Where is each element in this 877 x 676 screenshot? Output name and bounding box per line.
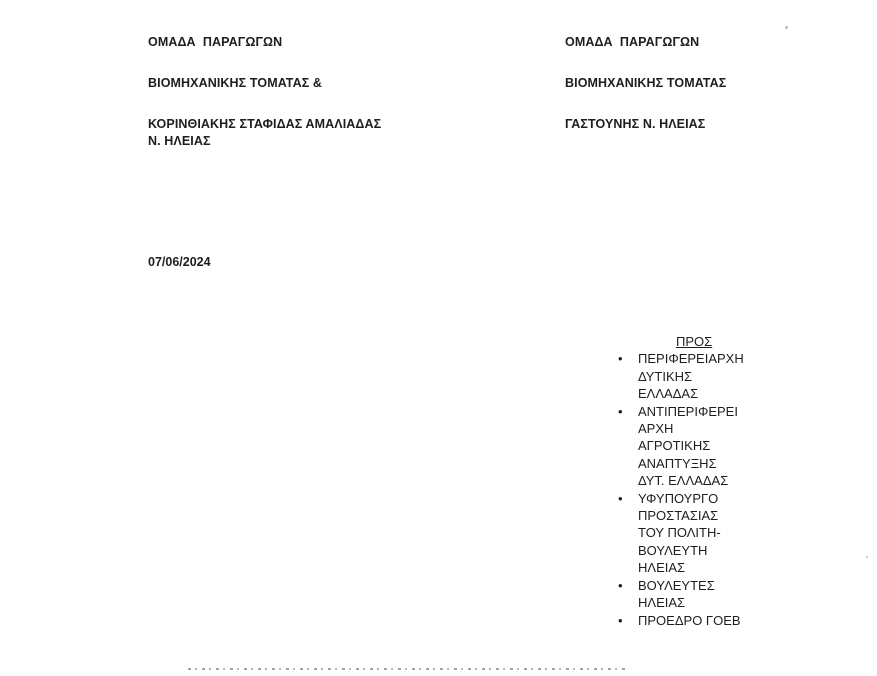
recipient-line: ΠΡΟΣΤΑΣΙΑΣ xyxy=(638,507,778,524)
recipients-block: ΠΡΟΣ •ΠΕΡΙΦΕΡΕΙΑΡΧΗΔΥΤΙΚΗΣΕΛΛΑΔΑΣ•ΑΝΤΙΠΕ… xyxy=(618,333,778,629)
recipient-line: ΑΡΧΗ xyxy=(638,420,778,437)
recipient-line: ΒΟΥΛΕΥΤΗ xyxy=(638,542,778,559)
bullet-icon: • xyxy=(618,612,623,629)
document-date: 07/06/2024 xyxy=(148,255,211,269)
sender-left-line: ΒΙΟΜΗΧΑΝΙΚΗΣ ΤΟΜΑΤΑΣ & xyxy=(148,76,322,90)
recipient-list: •ΠΕΡΙΦΕΡΕΙΑΡΧΗΔΥΤΙΚΗΣΕΛΛΑΔΑΣ•ΑΝΤΙΠΕΡΙΦΕΡ… xyxy=(618,350,778,629)
recipient-line: ΠΕΡΙΦΕΡΕΙΑΡΧΗ xyxy=(638,350,778,367)
recipient-item: •ΥΦΥΠΟΥΡΓΟΠΡΟΣΤΑΣΙΑΣΤΟΥ ΠΟΛΙΤΗ-ΒΟΥΛΕΥΤΗΗ… xyxy=(618,490,778,577)
recipient-item: •ΑΝΤΙΠΕΡΙΦΕΡΕΙΑΡΧΗΑΓΡΟΤΙΚΗΣΑΝΑΠΤΥΞΗΣΔΥΤ.… xyxy=(618,403,778,490)
bullet-icon: • xyxy=(618,350,623,367)
sender-left-line: Ν. ΗΛΕΙΑΣ xyxy=(148,134,211,148)
recipient-line: ΗΛΕΙΑΣ xyxy=(638,559,778,576)
recipient-item: •ΒΟΥΛΕΥΤΕΣΗΛΕΙΑΣ xyxy=(618,577,778,612)
recipient-line: ΥΦΥΠΟΥΡΓΟ xyxy=(638,490,778,507)
recipient-line: ΔΥΤ. ΕΛΛΑΔΑΣ xyxy=(638,472,778,489)
bullet-icon: • xyxy=(618,577,623,594)
recipient-line: ΑΓΡΟΤΙΚΗΣ xyxy=(638,437,778,454)
bullet-icon: • xyxy=(618,490,623,507)
recipients-title: ΠΡΟΣ xyxy=(676,333,778,350)
recipient-line: ΕΛΛΑΔΑΣ xyxy=(638,385,778,402)
recipient-line: ΠΡΟΕΔΡΟ ΓΟΕΒ xyxy=(638,612,778,629)
recipient-line: ΒΟΥΛΕΥΤΕΣ xyxy=(638,577,778,594)
recipient-item: •ΠΡΟΕΔΡΟ ΓΟΕΒ xyxy=(618,612,778,629)
sender-right-line: ΟΜΑΔΑ ΠΑΡΑΓΩΓΩΝ xyxy=(565,35,699,49)
scan-speck xyxy=(866,556,868,558)
body-text-cutoff xyxy=(188,668,628,676)
recipient-line: ΔΥΤΙΚΗΣ xyxy=(638,368,778,385)
cropped-text-line xyxy=(188,668,628,670)
sender-right-line: ΓΑΣΤΟΥΝΗΣ Ν. ΗΛΕΙΑΣ xyxy=(565,117,705,131)
recipient-line: ΑΝΤΙΠΕΡΙΦΕΡΕΙ xyxy=(638,403,778,420)
recipient-line: ΤΟΥ ΠΟΛΙΤΗ- xyxy=(638,524,778,541)
recipient-line: ΑΝΑΠΤΥΞΗΣ xyxy=(638,455,778,472)
document-page: ΟΜΑΔΑ ΠΑΡΑΓΩΓΩΝ ΒΙΟΜΗΧΑΝΙΚΗΣ ΤΟΜΑΤΑΣ & Κ… xyxy=(0,0,877,676)
recipient-line: ΗΛΕΙΑΣ xyxy=(638,594,778,611)
scan-speck xyxy=(785,26,788,29)
bullet-icon: • xyxy=(618,403,623,420)
sender-left-line: ΚΟΡΙΝΘΙΑΚΗΣ ΣΤΑΦΙΔΑΣ ΑΜΑΛΙΑΔΑΣ xyxy=(148,117,381,131)
recipient-item: •ΠΕΡΙΦΕΡΕΙΑΡΧΗΔΥΤΙΚΗΣΕΛΛΑΔΑΣ xyxy=(618,350,778,402)
sender-left-line: ΟΜΑΔΑ ΠΑΡΑΓΩΓΩΝ xyxy=(148,35,282,49)
sender-right-line: ΒΙΟΜΗΧΑΝΙΚΗΣ ΤΟΜΑΤΑΣ xyxy=(565,76,726,90)
